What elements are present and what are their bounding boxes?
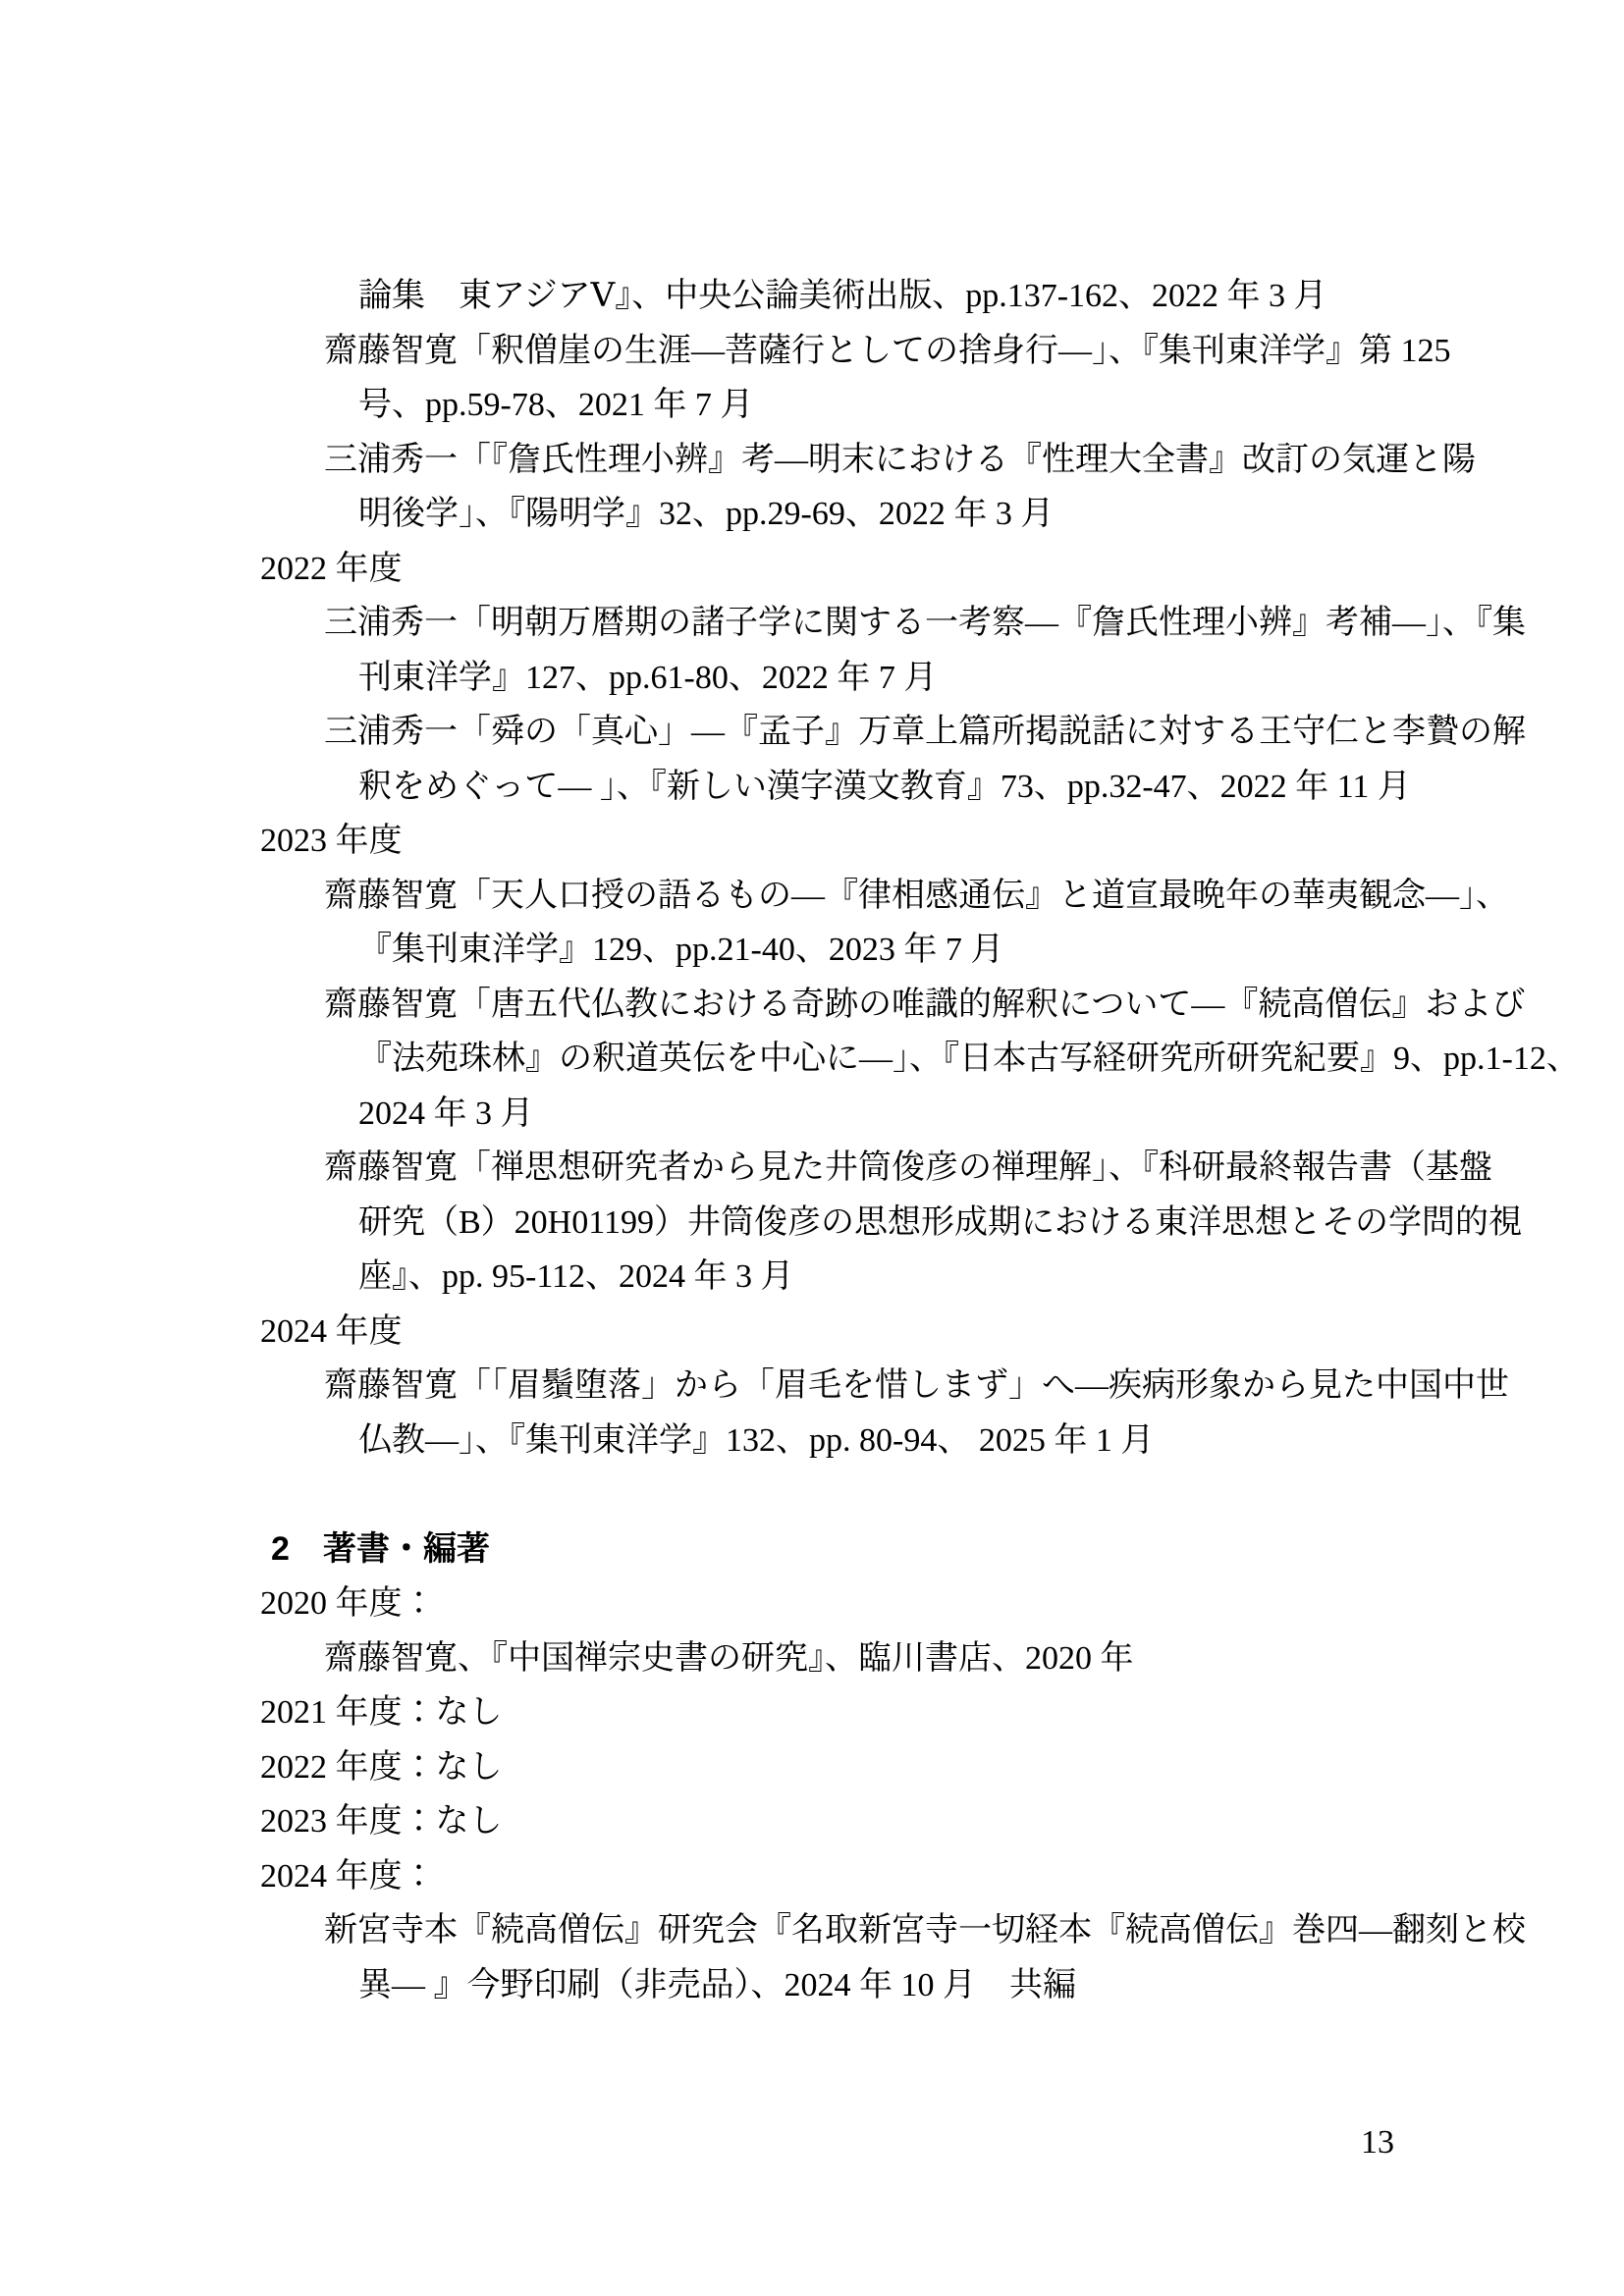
publication-entry-line: 三浦秀一「明朝万暦期の諸子学に関する一考察―『詹氏性理小辨』考補―」、『集 [260,596,1458,651]
publication-continuation-line: 異― 』今野印刷（非売品）、2024 年 10 月 共編 [260,1958,1458,2013]
publication-continuation-line: 座』、pp. 95-112、2024 年 3 月 [260,1250,1458,1305]
section-heading-books: 2 著書・編著 [260,1522,1458,1577]
fiscal-year-label: 2023 年度：なし [260,1794,1458,1849]
page-number: 13 [1361,2125,1394,2161]
fiscal-year-label: 2020 年度： [260,1576,1458,1631]
publication-entry-line: 齋藤智寛「天人口授の語るもの―『律相感通伝』と道宣最晩年の華夷観念―」、 [260,869,1458,924]
publication-entry-line: 齋藤智寛「「眉鬚堕落」から「眉毛を惜しまず」へ―疾病形象から見た中国中世 [260,1359,1458,1414]
publication-continuation-line: 明後学」、『陽明学』32、pp.29-69、2022 年 3 月 [260,487,1458,542]
publication-continuation-line: 刊東洋学』127、pp.61-80、2022 年 7 月 [260,651,1458,706]
publication-entry-line: 齋藤智寛、『中国禅宗史書の研究』、臨川書店、2020 年 [260,1631,1458,1686]
publication-entry-line: 齋藤智寛「唐五代仏教における奇跡の唯識的解釈について―『続高僧伝』および [260,978,1458,1033]
fiscal-year-label: 2022 年度 [260,542,1458,597]
publication-entry-line: 齋藤智寛「禅思想研究者から見た井筒俊彦の禅理解」、『科研最終報告書（基盤 [260,1141,1458,1196]
publication-continuation-line: 仏教―」、『集刊東洋学』132、pp. 80-94、 2025 年 1 月 [260,1414,1458,1468]
fiscal-year-label: 2023 年度 [260,814,1458,869]
fiscal-year-label: 2021 年度：なし [260,1685,1458,1740]
fiscal-year-label: 2022 年度：なし [260,1740,1458,1795]
fiscal-year-label: 2024 年度： [260,1849,1458,1904]
publication-entry-line: 三浦秀一「『詹氏性理小辨』考―明末における『性理大全書』改訂の気運と陽 [260,433,1458,488]
publication-continuation-line: 2024 年 3 月 [260,1087,1458,1142]
fiscal-year-label: 2024 年度 [260,1305,1458,1360]
publication-continuation-line: 論集 東アジアⅤ』、中央公論美術出版、pp.137-162、2022 年 3 月 [260,269,1458,324]
publication-continuation-line: 『集刊東洋学』129、pp.21-40、2023 年 7 月 [260,923,1458,978]
blank-line [260,1468,1458,1522]
publication-continuation-line: 『法苑珠林』の釈道英伝を中心に―」、『日本古写経研究所研究紀要』9、pp.1-1… [260,1032,1458,1087]
publication-entry-line: 齋藤智寛「釈僧崖の生涯―菩薩行としての捨身行―」、『集刊東洋学』第 125 [260,324,1458,379]
document-body: 論集 東アジアⅤ』、中央公論美術出版、pp.137-162、2022 年 3 月… [260,269,1458,2012]
publication-continuation-line: 号、pp.59-78、2021 年 7 月 [260,378,1458,433]
publication-continuation-line: 研究（B）20H01199）井筒俊彦の思想形成期における東洋思想とその学問的視 [260,1196,1458,1251]
publication-continuation-line: 釈をめぐって― 」、『新しい漢字漢文教育』73、pp.32-47、2022 年 … [260,760,1458,815]
publication-entry-line: 新宮寺本『続高僧伝』研究会『名取新宮寺一切経本『続高僧伝』巻四―翻刻と校 [260,1903,1458,1958]
document-page: 論集 東アジアⅤ』、中央公論美術出版、pp.137-162、2022 年 3 月… [0,0,1624,2296]
publication-entry-line: 三浦秀一「舜の「真心」―『孟子』万章上篇所掲説話に対する王守仁と李贄の解 [260,705,1458,760]
